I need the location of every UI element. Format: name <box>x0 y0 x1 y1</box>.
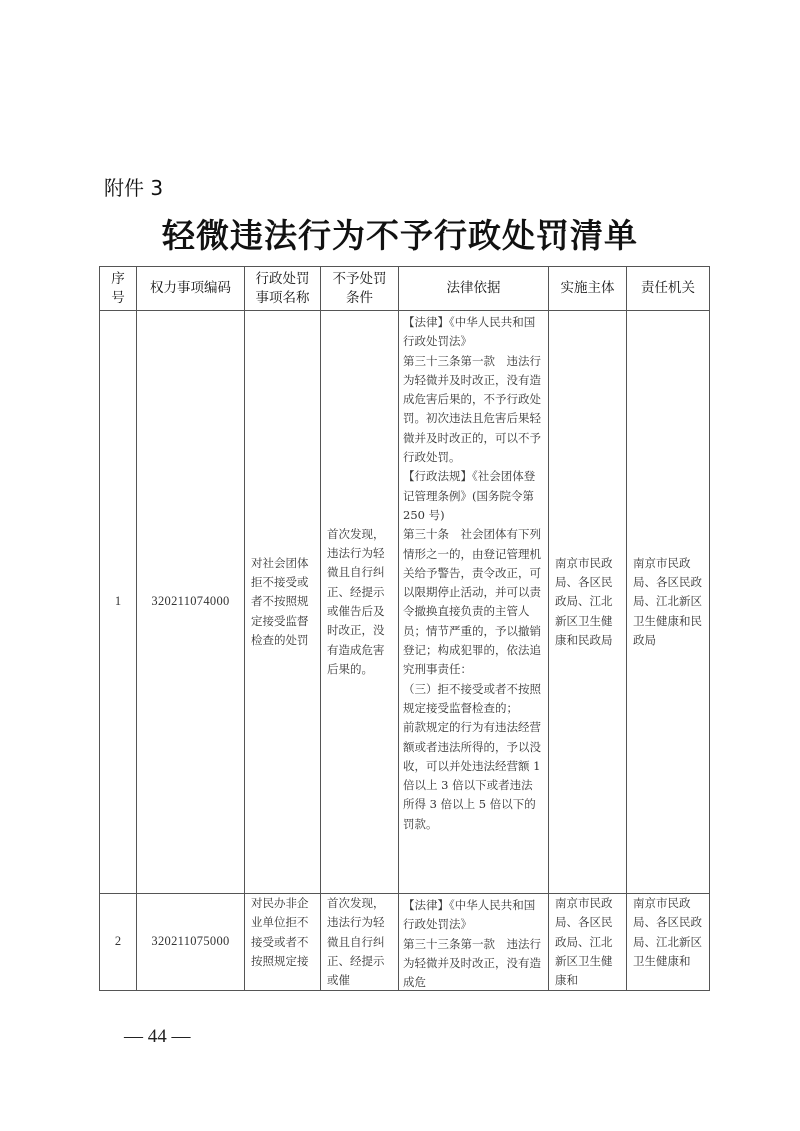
basis-regulation-clause: （三）拒不接受或者不按照规定接受监督检查的； <box>403 680 544 719</box>
cell-item-name: 对社会团体拒不接受或者不按照规定接受监督检查的处罚 <box>245 311 321 894</box>
cell-code: 320211075000 <box>137 894 245 991</box>
header-legal-basis: 法律依据 <box>399 267 549 311</box>
header-condition: 不予处罚条件 <box>321 267 399 311</box>
basis-regulation-article: 第三十条 社会团体有下列情形之一的，由登记管理机关给予警告，责令改正，可以限期停… <box>403 525 544 679</box>
basis-law-article: 第三十三条第一款 违法行为轻微并及时改正，没有造成危害后果的，不予行政处罚。初次… <box>403 352 544 468</box>
header-responsible: 责任机关 <box>627 267 710 311</box>
basis-regulation-penalty: 前款规定的行为有违法经营额或者违法所得的，予以没收，可以并处违法经营额 1 倍以… <box>403 718 544 834</box>
header-item-name: 行政处罚事项名称 <box>245 267 321 311</box>
cell-condition: 首次发现，违法行为轻微且自行纠正、经提示或催 <box>321 894 399 991</box>
header-implementer: 实施主体 <box>549 267 627 311</box>
cell-seq: 1 <box>100 311 137 894</box>
cell-responsible: 南京市民政局、各区民政局、江北新区卫生健康和民政局 <box>627 311 710 894</box>
cell-legal-basis: 【法律】《中华人民共和国行政处罚法》 第三十三条第一款 违法行为轻微并及时改正，… <box>399 894 549 991</box>
document-title: 轻微违法行为不予行政处罚清单 <box>0 210 800 257</box>
table-row: 2 320211075000 对民办非企业单位拒不接受或者不按照规定接 首次发现… <box>100 894 710 991</box>
cell-condition: 首次发现，违法行为轻微且自行纠正、经提示或催告后及时改正，没有造成危害后果的。 <box>321 311 399 894</box>
header-code: 权力事项编码 <box>137 267 245 311</box>
basis-law-title: 【法律】《中华人民共和国行政处罚法》 <box>403 313 544 352</box>
table-header-row: 序号 权力事项编码 行政处罚事项名称 不予处罚条件 法律依据 实施主体 责任机关 <box>100 267 710 311</box>
attachment-label: 附件 3 <box>104 172 163 201</box>
cell-seq: 2 <box>100 894 137 991</box>
cell-legal-basis: 【法律】《中华人民共和国行政处罚法》 第三十三条第一款 违法行为轻微并及时改正，… <box>399 311 549 894</box>
cell-item-name: 对民办非企业单位拒不接受或者不按照规定接 <box>245 894 321 991</box>
penalty-exemption-table: 序号 权力事项编码 行政处罚事项名称 不予处罚条件 法律依据 实施主体 责任机关… <box>99 266 710 991</box>
basis-law-article: 第三十三条第一款 违法行为轻微并及时改正，没有造成危 <box>403 935 544 990</box>
cell-implementer: 南京市民政局、各区民政局、江北新区卫生健康和民政局 <box>549 311 627 894</box>
cell-code: 320211074000 <box>137 311 245 894</box>
basis-law-title: 【法律】《中华人民共和国行政处罚法》 <box>403 896 544 935</box>
basis-regulation-title: 【行政法规】《社会团体登记管理条例》(国务院令第 250 号) <box>403 467 544 525</box>
header-seq: 序号 <box>100 267 137 311</box>
cell-responsible: 南京市民政局、各区民政局、江北新区卫生健康和 <box>627 894 710 991</box>
table-row: 1 320211074000 对社会团体拒不接受或者不按照规定接受监督检查的处罚… <box>100 311 710 894</box>
page-number: — 44 — <box>124 1026 191 1048</box>
cell-implementer: 南京市民政局、各区民政局、江北新区卫生健康和 <box>549 894 627 991</box>
